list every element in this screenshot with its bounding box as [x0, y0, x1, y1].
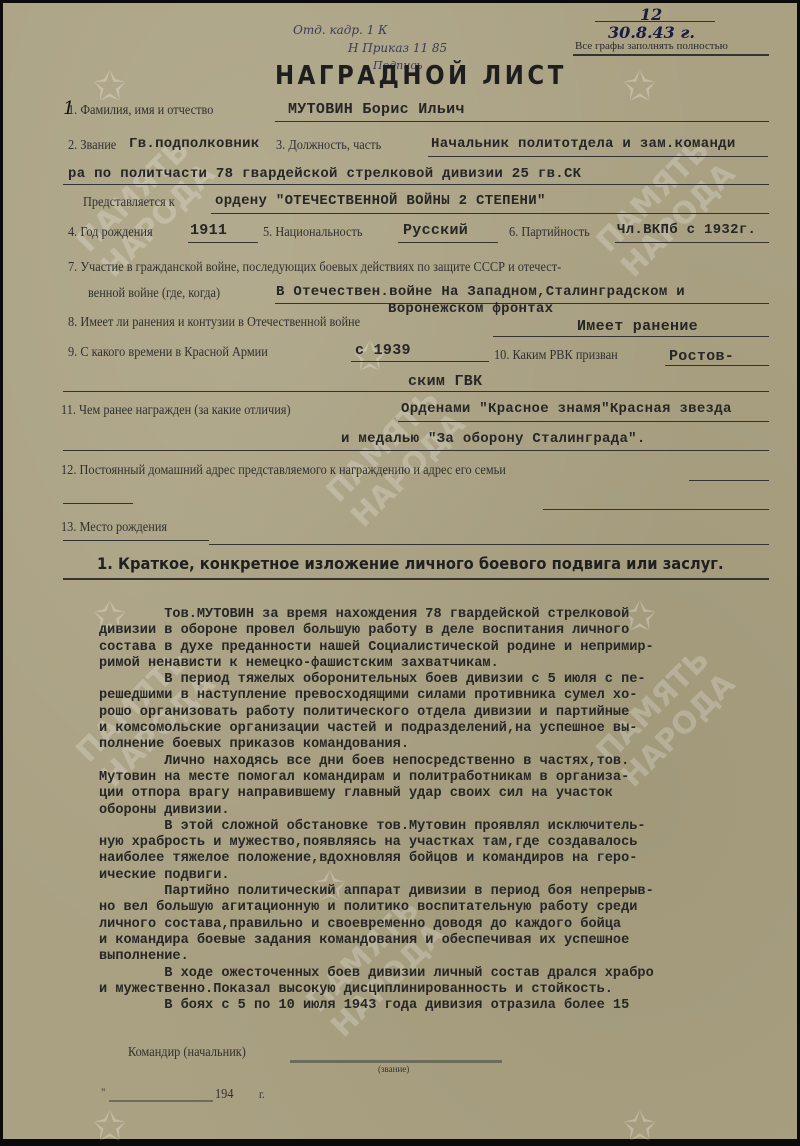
field-value-participation-1: В Отечествен.войне На Западном,Сталингра… [276, 284, 685, 300]
field-underline [63, 540, 209, 541]
watermark-star-icon: ✩ [623, 63, 657, 110]
field-value-position-2: ра по политчасти 78 гвардейской стрелков… [68, 166, 581, 182]
field-label-army-since: 9. С какого времени в Красной Армии [68, 345, 268, 361]
date-suffix: г. [259, 1087, 265, 1102]
field-underline [275, 121, 769, 122]
field-label-home-address: 12. Постоянный домашний адрес представля… [61, 463, 506, 479]
section-heading: 1. Краткое, конкретное изложение личного… [97, 554, 724, 573]
field-underline [398, 421, 769, 422]
field-underline [209, 544, 769, 545]
citation-paragraph: Партийно политический аппарат дивизии в … [99, 884, 789, 965]
citation-paragraph: В боях с 5 по 10 июля 1943 года дивизия … [99, 998, 789, 1014]
award-sheet: ✩ ✩ ✩ ✩ ✩ ✩ ✩ ✩ ПАМЯТЬНАРОДА ПАМЯТЬНАРОД… [3, 3, 797, 1139]
field-value-award: ордену "ОТЕЧЕСТВЕННОЙ ВОЙНЫ 2 СТЕПЕНИ" [215, 193, 546, 209]
watermark: ПАМЯТЬНАРОДА [590, 132, 743, 285]
field-label-prior-awards: 11. Чем ранее награжден (за какие отличи… [61, 403, 291, 419]
field-label-full-name: 1. Фамилия, имя и отчество [68, 103, 213, 119]
divider [573, 54, 769, 56]
watermark-star-icon: ✩ [93, 1103, 127, 1146]
citation-paragraph: Тов.МУТОВИН за время нахождения 78 гвард… [99, 607, 789, 672]
field-underline [63, 450, 769, 451]
field-underline [493, 336, 769, 337]
field-label-participation-2: венной войне (где, когда) [88, 286, 220, 302]
field-value-prior-awards-1: Орденами "Красное знамя"Красная звезда [401, 401, 732, 417]
field-label-wounds: 8. Имеет ли ранения и контузии в Отечест… [68, 315, 360, 331]
citation-text: Тов.МУТОВИН за время нахождения 78 гвард… [99, 607, 789, 1014]
field-underline [351, 361, 489, 362]
date-year: 194 [215, 1087, 233, 1103]
citation-paragraph: В ходе ожесточенных боев дивизии личный … [99, 966, 789, 999]
watermark-star-icon: ✩ [623, 1103, 657, 1146]
field-label-participation: 7. Участие в гражданской войне, последую… [68, 260, 561, 276]
field-underline [211, 213, 769, 214]
signature-line [290, 1060, 502, 1063]
field-underline [188, 242, 258, 243]
field-label-party: 6. Партийность [509, 225, 590, 241]
divider [595, 21, 715, 22]
field-label-birth-year: 4. Год рождения [68, 225, 153, 241]
field-value-birth-year: 1911 [190, 222, 227, 239]
field-label-position: 3. Должность, часть [276, 138, 381, 154]
field-underline [63, 391, 769, 392]
field-underline [63, 503, 133, 504]
field-value-position-1: Начальник политотдела и зам.команди [431, 136, 736, 152]
field-value-rank: Гв.подполковник [129, 136, 260, 152]
field-underline [665, 365, 769, 366]
field-underline [428, 156, 768, 157]
date-quote: " [101, 1085, 105, 1100]
field-value-participation-2: Воронежском фронтах [388, 301, 553, 317]
citation-paragraph: Лично находясь все дни боев непосредстве… [99, 754, 789, 819]
citation-paragraph: В период тяжелых оборонительных боев див… [99, 672, 789, 753]
fill-instruction: Все графы заполнять полностью [575, 40, 728, 52]
date-line [109, 1100, 213, 1102]
field-underline [398, 242, 498, 243]
field-label-rank: 2. Звание [68, 138, 116, 154]
field-label-nationality: 5. Национальность [263, 225, 363, 241]
field-underline [689, 480, 769, 481]
field-value-conscription-2: ским ГВК [408, 373, 482, 390]
field-label-birthplace: 13. Место рождения [61, 520, 167, 536]
field-underline [615, 242, 769, 243]
field-label-award: Представляется к [83, 195, 175, 211]
section-underline [63, 578, 769, 580]
field-value-wounds: Имеет ранение [577, 318, 698, 335]
field-value-full-name: МУТОВИН Борис Ильич [288, 101, 465, 118]
field-underline [63, 184, 769, 185]
field-value-conscription-1: Ростов- [669, 348, 734, 365]
rank-caption: (звание) [378, 1064, 409, 1074]
handwritten-note-line: Отд. кадр. 1 К [293, 23, 387, 37]
field-label-conscription: 10. Каким РВК призван [494, 348, 618, 364]
page-title: НАГРАДНОЙ ЛИСТ [275, 61, 567, 91]
commander-label: Командир (начальник) [128, 1045, 246, 1061]
field-value-prior-awards-2: и медалью "За оборону Сталинграда". [341, 431, 646, 447]
field-value-army-since: с 1939 [355, 342, 411, 359]
field-underline [543, 509, 769, 510]
handwritten-note-line: Н Приказ 11 85 [348, 41, 447, 55]
field-value-nationality: Русский [403, 222, 468, 239]
field-value-party: Чл.ВКПб с 1932г. [617, 222, 756, 238]
citation-paragraph: В этой сложной обстановке тов.Мутовин пр… [99, 819, 789, 884]
